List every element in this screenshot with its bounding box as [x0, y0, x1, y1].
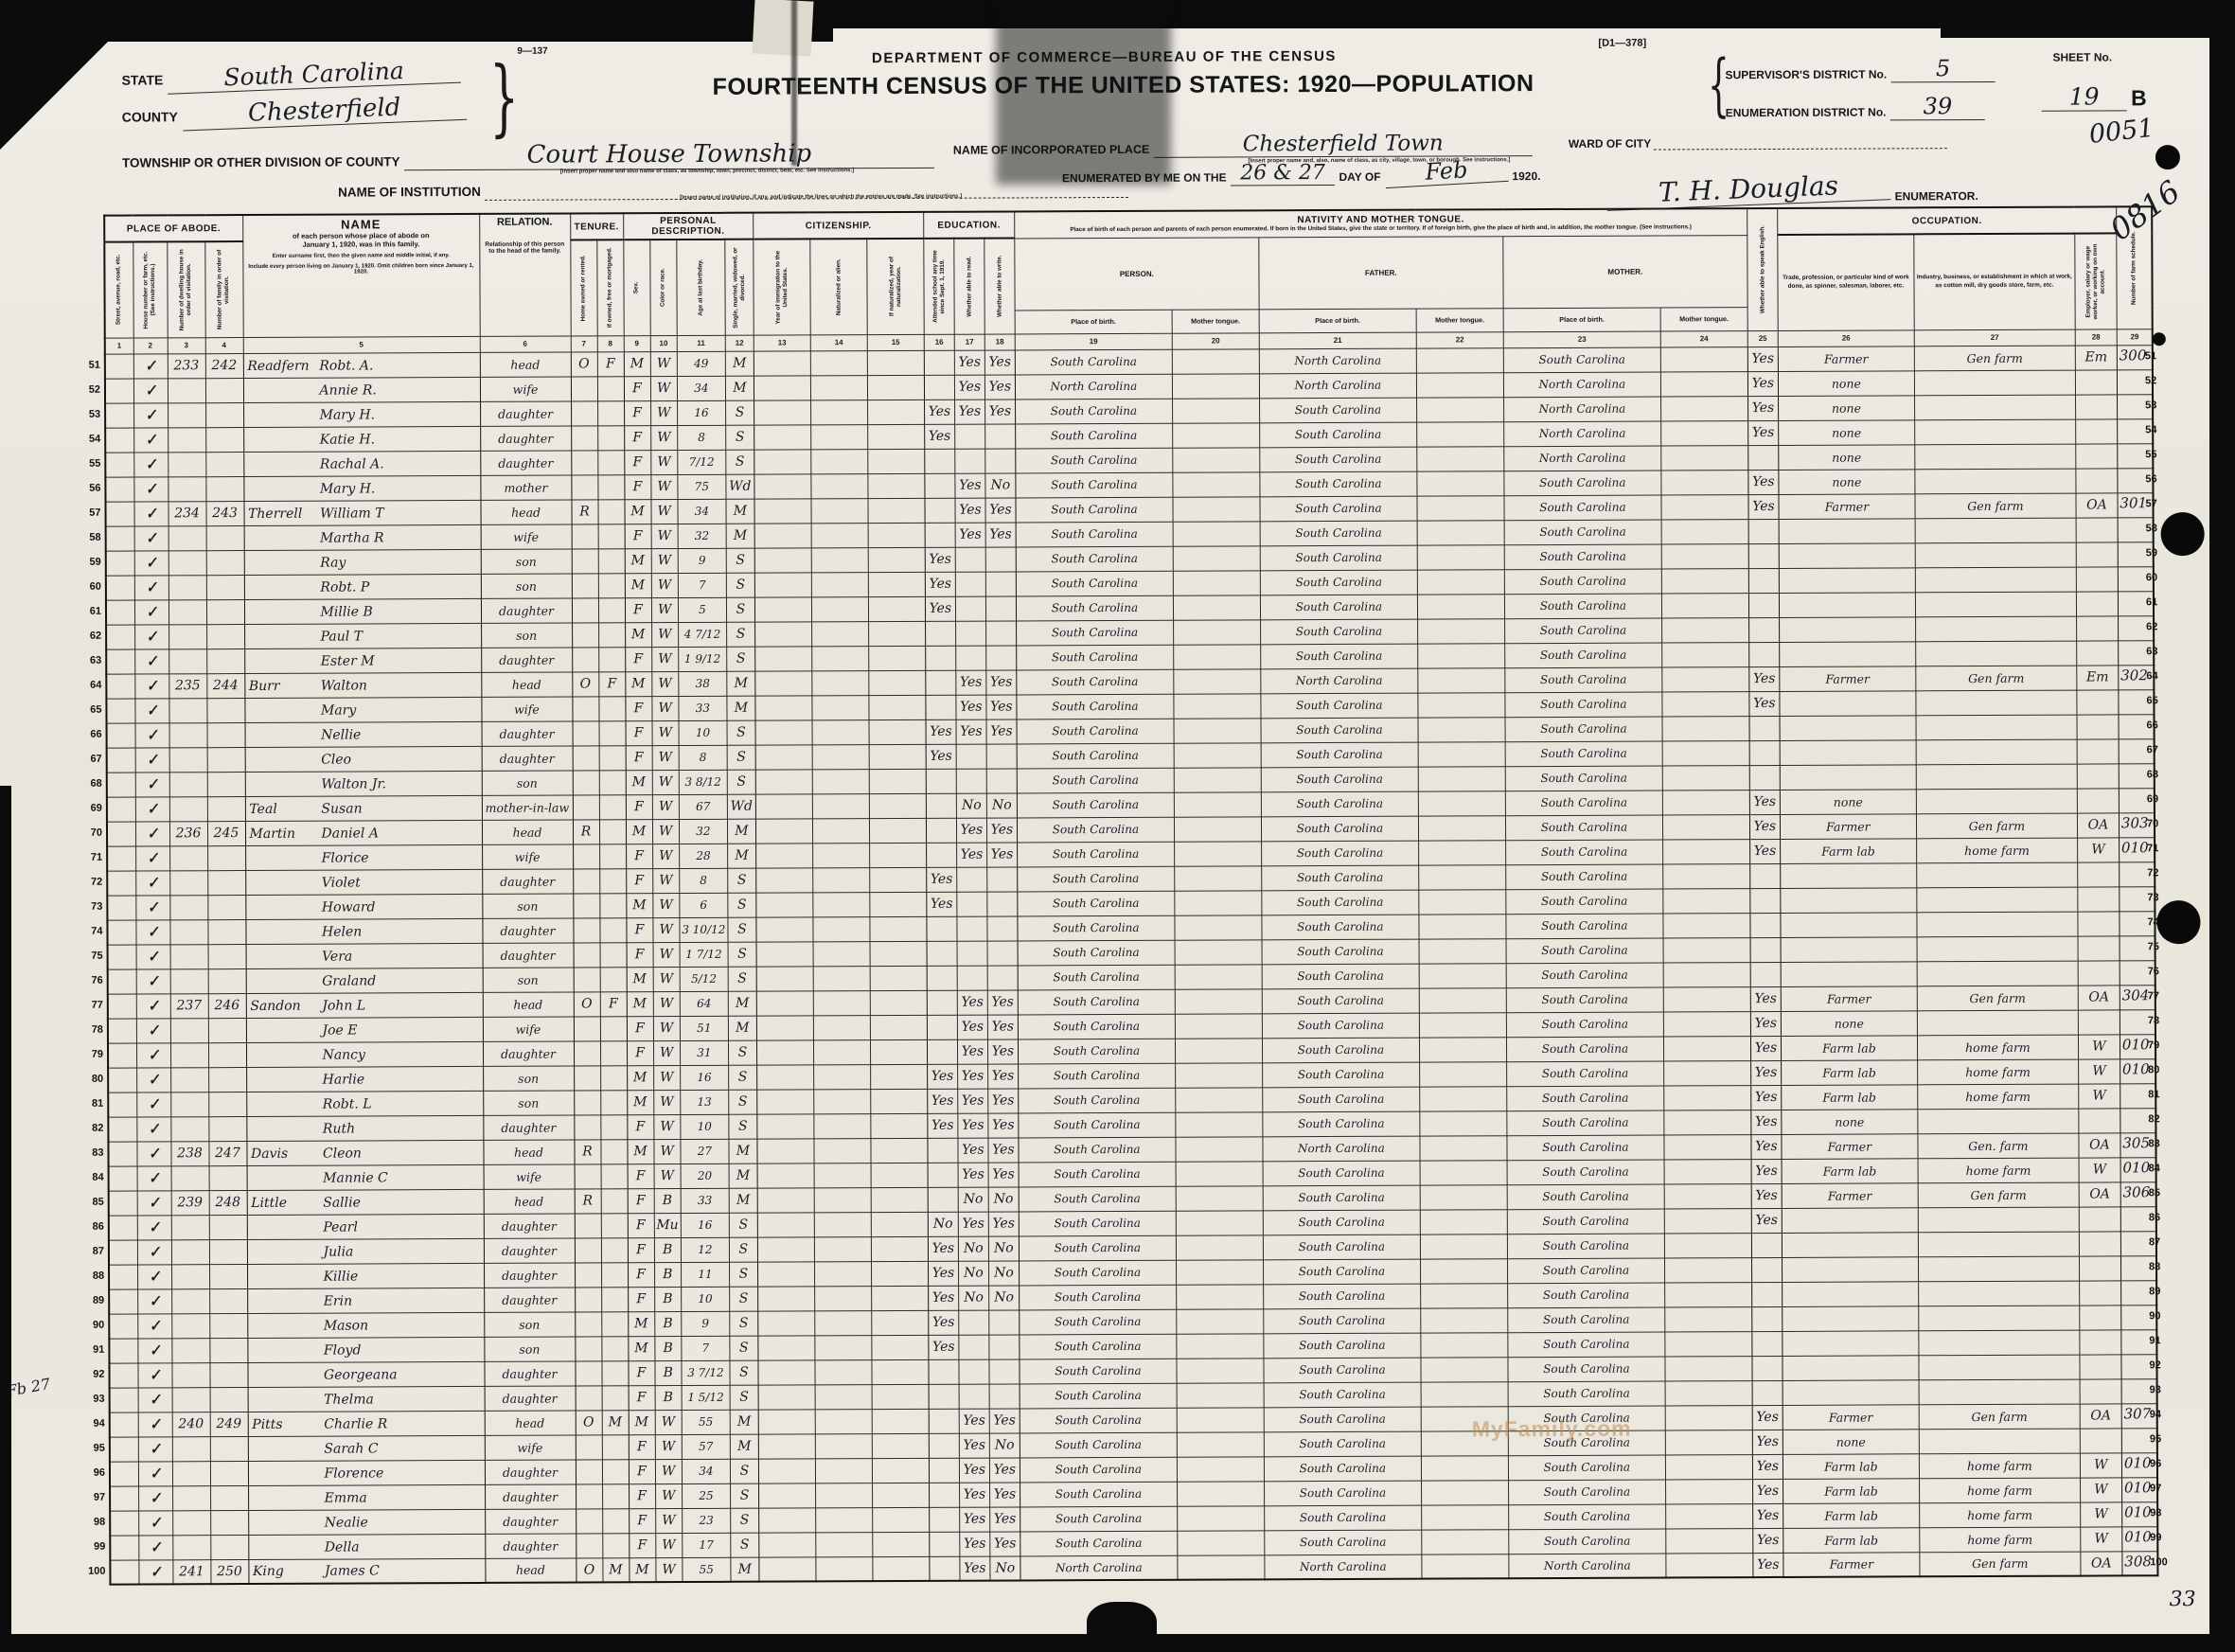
township-value: Court House Township — [527, 139, 812, 169]
cell-c13 — [755, 818, 812, 843]
cell-rd: Yes — [959, 1433, 989, 1458]
cell-mtg — [602, 1508, 629, 1533]
cell-age: 33 — [681, 1188, 729, 1213]
cell-pob: South Carolina — [1018, 1063, 1175, 1089]
cell-occ: Farm lab — [1780, 838, 1916, 863]
cell-mtg — [602, 1385, 629, 1410]
cell-mtf — [1418, 643, 1505, 667]
cell-fam — [205, 476, 243, 501]
cell-eng: Yes — [1750, 1060, 1781, 1085]
cell-eng: Yes — [1750, 1036, 1781, 1060]
cell-pm: South Carolina — [1505, 642, 1662, 667]
cell-cl: W — [655, 1459, 682, 1483]
cell-mar: S — [727, 647, 755, 671]
cell-mar: S — [728, 893, 756, 917]
cell-c13 — [756, 1015, 813, 1039]
cell-pm: South Carolina — [1508, 1331, 1665, 1357]
cell-cl: W — [651, 622, 678, 647]
cell-dw — [172, 1535, 210, 1559]
given-name: James C — [325, 1564, 380, 1579]
cell-age: 32 — [679, 819, 727, 844]
given-name: Florice — [322, 850, 369, 865]
group-education: EDUCATION. — [924, 211, 1015, 238]
cell-mtm — [1664, 1257, 1751, 1282]
line-number: 88 — [2149, 1254, 2177, 1279]
cell-pf: South Carolina — [1263, 1210, 1420, 1235]
group-relation: RELATION. Relationship of this person to… — [479, 214, 571, 336]
cell-pob: South Carolina — [1018, 940, 1175, 966]
col2-label: House number or farm, etc. (See instruct… — [143, 245, 158, 334]
cell-pm: South Carolina — [1504, 494, 1661, 520]
cell-c15 — [868, 523, 925, 547]
cell-name: Nellie — [245, 721, 482, 747]
cell-emp — [2076, 443, 2118, 468]
cell-mtg — [599, 770, 626, 794]
given-name: Katie H. — [320, 432, 375, 447]
cell-occ — [1781, 912, 1917, 937]
cell-mar: M — [727, 671, 755, 696]
cell-pm: South Carolina — [1507, 1183, 1664, 1209]
cell-ind — [1916, 764, 2077, 790]
cell-pob: South Carolina — [1019, 1088, 1176, 1113]
cell-sex: M — [625, 573, 651, 597]
col7-header: Home owned or rented. — [570, 240, 596, 335]
cell-house: ✓ — [135, 747, 169, 772]
cell-mar: S — [729, 1213, 757, 1237]
cell-age: 9 — [678, 548, 726, 573]
cell-cl: W — [650, 400, 677, 425]
cell-eng — [1748, 568, 1779, 593]
cell-emp — [2078, 960, 2120, 985]
cell-house: ✓ — [134, 673, 169, 698]
cell-mtg — [599, 893, 626, 917]
col12-header: Single, married, widowed, or divorced. — [725, 240, 754, 335]
cell-c14 — [814, 1113, 871, 1138]
line-number: 54 — [2145, 417, 2173, 442]
cell-occ — [1781, 936, 1917, 962]
cell-c14 — [815, 1384, 872, 1409]
cell-pf: South Carolina — [1261, 841, 1418, 866]
census-scan-page: 9—137 STATE South Carolina COUNTY Cheste… — [0, 0, 2235, 1652]
line-number: 53 — [78, 402, 100, 427]
cell-pob: South Carolina — [1020, 1285, 1177, 1310]
cell-rel: son — [484, 1337, 575, 1361]
cell-pm: South Carolina — [1506, 1060, 1663, 1086]
cell-pm: South Carolina — [1504, 568, 1661, 594]
cell-pf: South Carolina — [1260, 496, 1417, 522]
cell-mtm — [1662, 740, 1749, 765]
cell-rd: Yes — [956, 818, 986, 843]
cell-wr: Yes — [985, 497, 1016, 522]
cell-house: ✓ — [135, 870, 169, 895]
cell-c14 — [813, 941, 870, 966]
cell-mtg — [599, 917, 626, 942]
cell-mtm — [1662, 691, 1749, 716]
cell-dw — [168, 402, 205, 427]
cell-pf: South Carolina — [1259, 398, 1416, 423]
cell-emp: OA — [2080, 1403, 2121, 1428]
cell-street — [107, 846, 135, 871]
cell-pf: South Carolina — [1263, 1235, 1420, 1260]
cell-rd: Yes — [958, 1113, 988, 1138]
cell-house: ✓ — [134, 698, 169, 722]
cell-c13 — [757, 1138, 814, 1163]
cell-sex: F — [625, 647, 651, 671]
cell-pob: South Carolina — [1017, 669, 1174, 695]
group-occupation: OCCUPATION. — [1778, 206, 2117, 235]
line-number: 60 — [2146, 565, 2174, 590]
cell-pob: South Carolina — [1016, 571, 1173, 596]
cell-ten — [573, 770, 599, 794]
cell-pf: South Carolina — [1264, 1407, 1421, 1432]
cell-cl: W — [651, 647, 678, 671]
cell-fam — [209, 1288, 247, 1313]
cell-rel: son — [482, 894, 573, 918]
line-number: 76 — [80, 968, 103, 993]
cell-dw — [169, 698, 206, 722]
cell-dw — [170, 944, 208, 968]
cell-eng: Yes — [1747, 346, 1778, 371]
township-row: TOWNSHIP OR OTHER DIVISION OF COUNTY Cou… — [122, 139, 934, 172]
enumeration-label: ENUMERATION DISTRICT No. — [1726, 105, 1887, 119]
cell-mtg — [600, 967, 627, 991]
cell-pm: South Carolina — [1507, 1257, 1664, 1283]
cell-street — [105, 354, 133, 379]
cell-cl: W — [653, 1016, 680, 1040]
cell-sex: M — [629, 1557, 655, 1582]
cell-rd — [956, 646, 986, 670]
cell-sex: F — [625, 597, 651, 622]
cell-ind — [1917, 936, 2078, 962]
cell-pf: South Carolina — [1261, 742, 1418, 768]
cell-sch: Yes — [925, 572, 955, 596]
given-name: Ruth — [323, 1121, 355, 1136]
cell-pf: South Carolina — [1261, 767, 1418, 792]
cell-mtg — [597, 499, 624, 524]
cell-mtm — [1660, 371, 1747, 396]
cell-rel: mother-in-law — [482, 795, 573, 820]
cell-sch — [928, 1187, 958, 1212]
cell-mtf — [1420, 1160, 1507, 1184]
col11-label: Age at last birthday. — [697, 259, 704, 316]
cell-ten — [572, 524, 598, 548]
cell-eng — [1748, 593, 1779, 617]
cell-rd — [957, 941, 987, 966]
cell-sex: F — [626, 917, 652, 942]
cell-dw — [172, 1436, 210, 1461]
cell-ind: home farm — [1917, 1059, 2078, 1085]
cell-ind — [1915, 444, 2076, 470]
cell-mtp — [1175, 988, 1262, 1013]
cell-c14 — [811, 498, 868, 523]
cell-eng: Yes — [1752, 1405, 1783, 1430]
cell-mtg — [602, 1434, 629, 1459]
line-number: 86 — [81, 1215, 104, 1239]
col3-label: Number of dwelling house in order of vis… — [179, 245, 194, 334]
cell-fam — [209, 1239, 247, 1264]
cell-age: 12 — [681, 1237, 729, 1262]
cell-pm: South Carolina — [1505, 765, 1662, 790]
cell-cl: W — [654, 1164, 681, 1188]
cell-mtg — [600, 1114, 627, 1139]
cell-house: ✓ — [137, 1362, 171, 1387]
cell-ind: Gen farm — [1919, 1404, 2080, 1430]
form-code-right: [D1—378] — [1598, 38, 1646, 49]
cell-street — [106, 526, 134, 551]
line-number: 87 — [2149, 1230, 2177, 1254]
cell-ten — [572, 696, 598, 720]
col27-header: Industry, business, or establishment in … — [1914, 234, 2075, 330]
cell-rd: Yes — [957, 990, 987, 1015]
cell-pob: South Carolina — [1017, 842, 1174, 867]
cell-ind — [1919, 1379, 2080, 1405]
cell-rd — [957, 892, 987, 916]
cell-street — [108, 1068, 136, 1092]
cell-house: ✓ — [135, 845, 169, 870]
cell-age: 5/12 — [680, 967, 728, 991]
cell-house: ✓ — [134, 575, 169, 599]
cell-rel: daughter — [480, 451, 571, 475]
line-number: 70 — [2147, 811, 2175, 836]
given-name: Robt. P — [320, 579, 369, 595]
cell-pf: South Carolina — [1262, 939, 1419, 965]
cell-mar: M — [727, 696, 755, 720]
cell-wr — [989, 1334, 1020, 1359]
cell-street — [108, 1117, 136, 1142]
group-tenure: TENURE. — [570, 213, 623, 240]
cell-c13 — [759, 1532, 816, 1556]
cell-house: ✓ — [136, 1116, 170, 1141]
col17-label: Whether able to read. — [966, 256, 973, 316]
cell-rel: head — [485, 1558, 576, 1583]
cell-name: Mary H. — [243, 401, 480, 427]
cell-sch — [927, 1015, 957, 1039]
cell-mtg — [602, 1483, 629, 1508]
cell-eng: Yes — [1749, 790, 1780, 814]
cell-mtm — [1661, 543, 1748, 568]
cell-ind — [1914, 370, 2075, 396]
cell-occ — [1782, 1207, 1918, 1233]
cell-mtp — [1176, 1161, 1263, 1185]
cell-c13 — [755, 670, 812, 695]
cell-dw — [168, 476, 205, 501]
col9-label: Sex. — [633, 281, 641, 293]
cell-house: ✓ — [137, 1239, 171, 1264]
cell-sch — [929, 1433, 959, 1458]
column-number: 12 — [725, 335, 754, 351]
cell-rd — [956, 744, 986, 769]
ink-dot-icon — [2155, 145, 2180, 169]
col8-header: If owned, free or mortgaged. — [596, 240, 623, 335]
cell-rel: son — [482, 771, 573, 795]
cell-fam — [206, 648, 244, 673]
cell-age: 34 — [677, 376, 725, 400]
cell-c14 — [815, 1433, 872, 1458]
cell-age: 8 — [680, 868, 728, 893]
cell-ind: Gen farm — [1916, 813, 2077, 839]
cell-mtg — [598, 524, 625, 548]
cell-street — [109, 1191, 137, 1216]
cell-dw — [170, 1018, 208, 1042]
cell-sch — [926, 670, 956, 695]
line-number: 74 — [80, 919, 102, 944]
cell-ten — [573, 868, 599, 893]
line-number: 80 — [80, 1067, 103, 1092]
cell-occ — [1782, 1232, 1918, 1257]
cell-mtp — [1177, 1284, 1264, 1308]
cell-house: ✓ — [133, 427, 168, 452]
cell-rel: daughter — [485, 1509, 576, 1534]
cell-c13 — [755, 744, 812, 769]
cell-c15 — [871, 1187, 928, 1212]
cell-sch — [926, 646, 956, 670]
cell-mtf — [1419, 914, 1506, 938]
cell-mtp — [1176, 1235, 1263, 1259]
cell-name: ReadfernRobt. A. — [243, 352, 480, 378]
cell-mtg — [600, 942, 627, 967]
cell-pf: South Carolina — [1264, 1284, 1421, 1309]
cell-cl: Mu — [654, 1213, 681, 1237]
cell-dw — [169, 599, 206, 624]
cell-sex: F — [626, 868, 652, 893]
cell-eng — [1751, 1282, 1782, 1306]
cell-mtm — [1662, 642, 1749, 666]
cell-emp: W — [2081, 1501, 2122, 1526]
group-citizenship: CITIZENSHIP. — [754, 212, 924, 240]
cell-mar: S — [727, 770, 755, 794]
cell-c15 — [872, 1433, 929, 1458]
cell-rel: mother — [480, 475, 571, 500]
given-name: Florence — [324, 1465, 383, 1481]
cell-ten: R — [574, 1139, 600, 1164]
cell-mtp — [1177, 1358, 1264, 1382]
cell-name: Ruth — [246, 1115, 483, 1141]
punch-hole-icon — [2156, 900, 2200, 944]
cell-ind: home farm — [1916, 838, 2077, 863]
cell-pob: South Carolina — [1019, 1137, 1176, 1163]
cell-fam — [210, 1485, 248, 1510]
cell-eng: Yes — [1748, 470, 1779, 494]
cell-mtg — [598, 696, 625, 720]
line-number: 68 — [80, 772, 102, 796]
cell-street — [109, 1166, 137, 1191]
cell-street — [109, 1363, 137, 1388]
cell-ind — [1918, 1232, 2079, 1257]
cell-house: ✓ — [138, 1559, 172, 1584]
cell-sch: Yes — [926, 744, 956, 769]
cell-pf: South Carolina — [1263, 1161, 1420, 1186]
cell-sch — [929, 1384, 959, 1409]
cell-mtp — [1177, 1308, 1264, 1333]
cell-rel: son — [483, 1091, 574, 1115]
cell-age: 16 — [677, 400, 725, 425]
cell-pm: South Carolina — [1508, 1306, 1665, 1332]
cell-c13 — [758, 1286, 815, 1310]
cell-rd: Yes — [954, 375, 984, 400]
cell-rel: daughter — [485, 1534, 576, 1558]
cell-mtp — [1173, 447, 1260, 471]
county-label: COUNTY — [122, 109, 178, 124]
cell-mtf — [1417, 569, 1504, 594]
cell-eng — [1748, 617, 1779, 642]
cell-mtf — [1417, 446, 1504, 471]
cell-c13 — [757, 1113, 814, 1138]
cell-pf: South Carolina — [1260, 422, 1417, 448]
watermark: MyFamily.com — [1472, 1416, 1632, 1443]
cell-dw: 236 — [169, 821, 207, 845]
cell-mar: S — [728, 942, 756, 967]
cell-c13 — [756, 966, 813, 990]
cell-ten — [576, 1385, 602, 1410]
cell-pob: South Carolina — [1015, 399, 1172, 424]
cell-rel: son — [483, 968, 574, 992]
cell-mtg — [597, 400, 624, 425]
column-number: 23 — [1503, 330, 1660, 347]
cell-pm: South Carolina — [1504, 617, 1661, 643]
cell-age: 55 — [683, 1557, 731, 1582]
cell-cl: W — [655, 1557, 682, 1582]
line-number: 57 — [2145, 491, 2173, 516]
cell-mtp — [1177, 1431, 1264, 1456]
cell-c13 — [754, 547, 811, 572]
cell-sch — [927, 916, 957, 941]
cell-street — [107, 822, 135, 846]
cell-mar: S — [726, 548, 754, 573]
cell-c14 — [812, 719, 869, 744]
cell-mtp — [1173, 570, 1260, 595]
cell-pm: South Carolina — [1505, 691, 1662, 717]
cell-sch — [926, 793, 956, 818]
cell-c15 — [872, 1359, 929, 1384]
cell-age: 34 — [682, 1459, 730, 1483]
col18-header: Whether able to write. — [984, 238, 1015, 333]
cell-ind: home farm — [1918, 1084, 2079, 1110]
cell-c15 — [872, 1384, 929, 1409]
cell-mtf — [1418, 717, 1505, 741]
cell-street — [107, 896, 135, 920]
cell-mtm — [1664, 1183, 1751, 1208]
cell-sex: M — [627, 1090, 653, 1114]
name-line2: January 1, 1920, was in this family. — [245, 240, 477, 249]
cell-pf: North Carolina — [1261, 668, 1418, 694]
cell-eng: Yes — [1750, 986, 1781, 1011]
cell-wr: Yes — [986, 669, 1017, 694]
cell-occ — [1783, 1330, 1919, 1356]
cell-c13 — [755, 769, 812, 793]
cell-house: ✓ — [134, 648, 169, 673]
cell-wr — [987, 866, 1018, 891]
cell-pm: South Carolina — [1504, 543, 1661, 569]
cell-c14 — [811, 449, 868, 473]
surname: Burr — [247, 678, 317, 693]
cell-wr: Yes — [987, 989, 1018, 1014]
column-number: 29 — [2117, 329, 2153, 345]
cell-rd: Yes — [956, 843, 986, 867]
cell-rd: Yes — [958, 1138, 988, 1163]
line-number: 96 — [2150, 1451, 2178, 1476]
cell-name: Rachal A. — [243, 451, 480, 476]
cell-rd: Yes — [955, 473, 985, 498]
cell-ten: R — [575, 1188, 601, 1213]
line-number: 79 — [80, 1042, 103, 1067]
cell-age: 49 — [677, 351, 725, 376]
col12-label: Single, married, widowed, or divorced. — [732, 242, 747, 331]
cell-mtm — [1663, 962, 1750, 986]
cell-street — [105, 502, 133, 526]
cell-mtg — [599, 868, 626, 893]
cell-sch: Yes — [926, 719, 956, 744]
cell-pm: South Carolina — [1508, 1479, 1665, 1504]
